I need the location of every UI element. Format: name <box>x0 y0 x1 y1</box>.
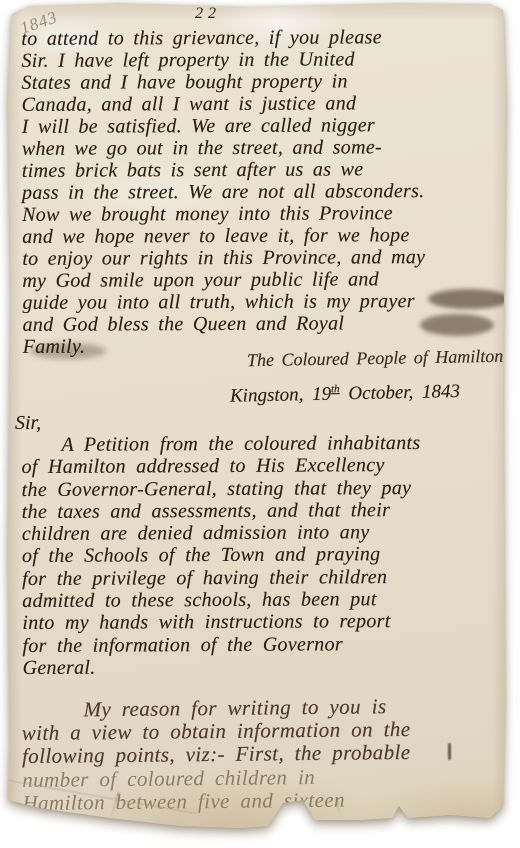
handwritten-line: times brick bats is sent after us as we <box>22 158 425 182</box>
salutation: Sir, <box>15 412 41 435</box>
handwritten-line: admitted to these schools, has been put <box>22 588 421 612</box>
handwritten-line: Sir. I have left property in the United <box>21 48 424 72</box>
handwritten-line: the taxes and assessments, and that thei… <box>22 499 421 523</box>
handwritten-line: children are denied admission into any <box>22 521 421 545</box>
handwritten-line: to attend to this grievance, if you plea… <box>21 26 424 50</box>
signature-line: The Coloured People of Hamilton <box>247 346 504 371</box>
ink-smudge <box>428 289 510 309</box>
handwritten-line: guide you into all truth, which is my pr… <box>22 290 425 314</box>
ink-mark <box>448 743 451 760</box>
paper-shadow: 1843 22 to attend to this grievance, if … <box>0 0 520 848</box>
handwritten-line: my God smile upon your public life and <box>22 268 425 292</box>
handwritten-line: and we hope never to leave it, for we ho… <box>22 224 425 248</box>
document-scan: 1843 22 to attend to this grievance, if … <box>0 0 520 848</box>
handwritten-line: for the information of the Governor <box>22 633 421 657</box>
handwritten-line: and God bless the Queen and Royal <box>23 312 426 336</box>
handwritten-line: when we go out in the street, and some- <box>22 136 425 160</box>
petition-paragraph: A Petition from the coloured inhabitants… <box>21 432 421 679</box>
handwritten-line: A Petition from the coloured inhabitants <box>21 432 420 456</box>
handwritten-line: following points, viz:- First, the proba… <box>22 741 411 768</box>
manuscript-page: 1843 22 to attend to this grievance, if … <box>8 3 507 829</box>
ink-smudge <box>30 343 106 359</box>
ink-smudge <box>420 314 494 336</box>
letter-body-continuation: to attend to this grievance, if you plea… <box>21 26 425 358</box>
handwritten-line: States and I have bought property in <box>21 70 424 94</box>
handwritten-line: of Hamilton addressed to His Excellency <box>21 454 420 478</box>
dateline-month-year: October, 1843 <box>339 381 460 405</box>
handwritten-line: Now we brought money into this Province <box>22 202 425 226</box>
dateline: Kingston, 19th October, 1843 <box>230 381 461 408</box>
handwritten-line: into my hands with instructions to repor… <box>22 610 421 634</box>
handwritten-line: Hamilton between five and sixteen <box>22 788 411 815</box>
reason-paragraph: My reason for writing to you iswith a vi… <box>21 695 411 815</box>
page-number: 22 <box>186 5 230 23</box>
handwritten-line: Canada, and all I want is justice and <box>22 92 425 116</box>
handwritten-line: pass in the street. We are not all absco… <box>22 180 425 204</box>
handwritten-line: of the Schools of the Town and praying <box>22 543 421 567</box>
dateline-ordinal: th <box>331 383 340 395</box>
handwritten-line: General. <box>23 655 422 679</box>
handwritten-line: the Governor-General, stating that they … <box>22 477 421 501</box>
dateline-city-day: Kingston, 19 <box>230 384 332 407</box>
handwritten-line: to enjoy our rights in this Province, an… <box>22 246 425 270</box>
handwritten-line: for the privilege of having their childr… <box>22 566 421 590</box>
handwritten-line: I will be satisfied. We are called nigge… <box>22 114 425 138</box>
